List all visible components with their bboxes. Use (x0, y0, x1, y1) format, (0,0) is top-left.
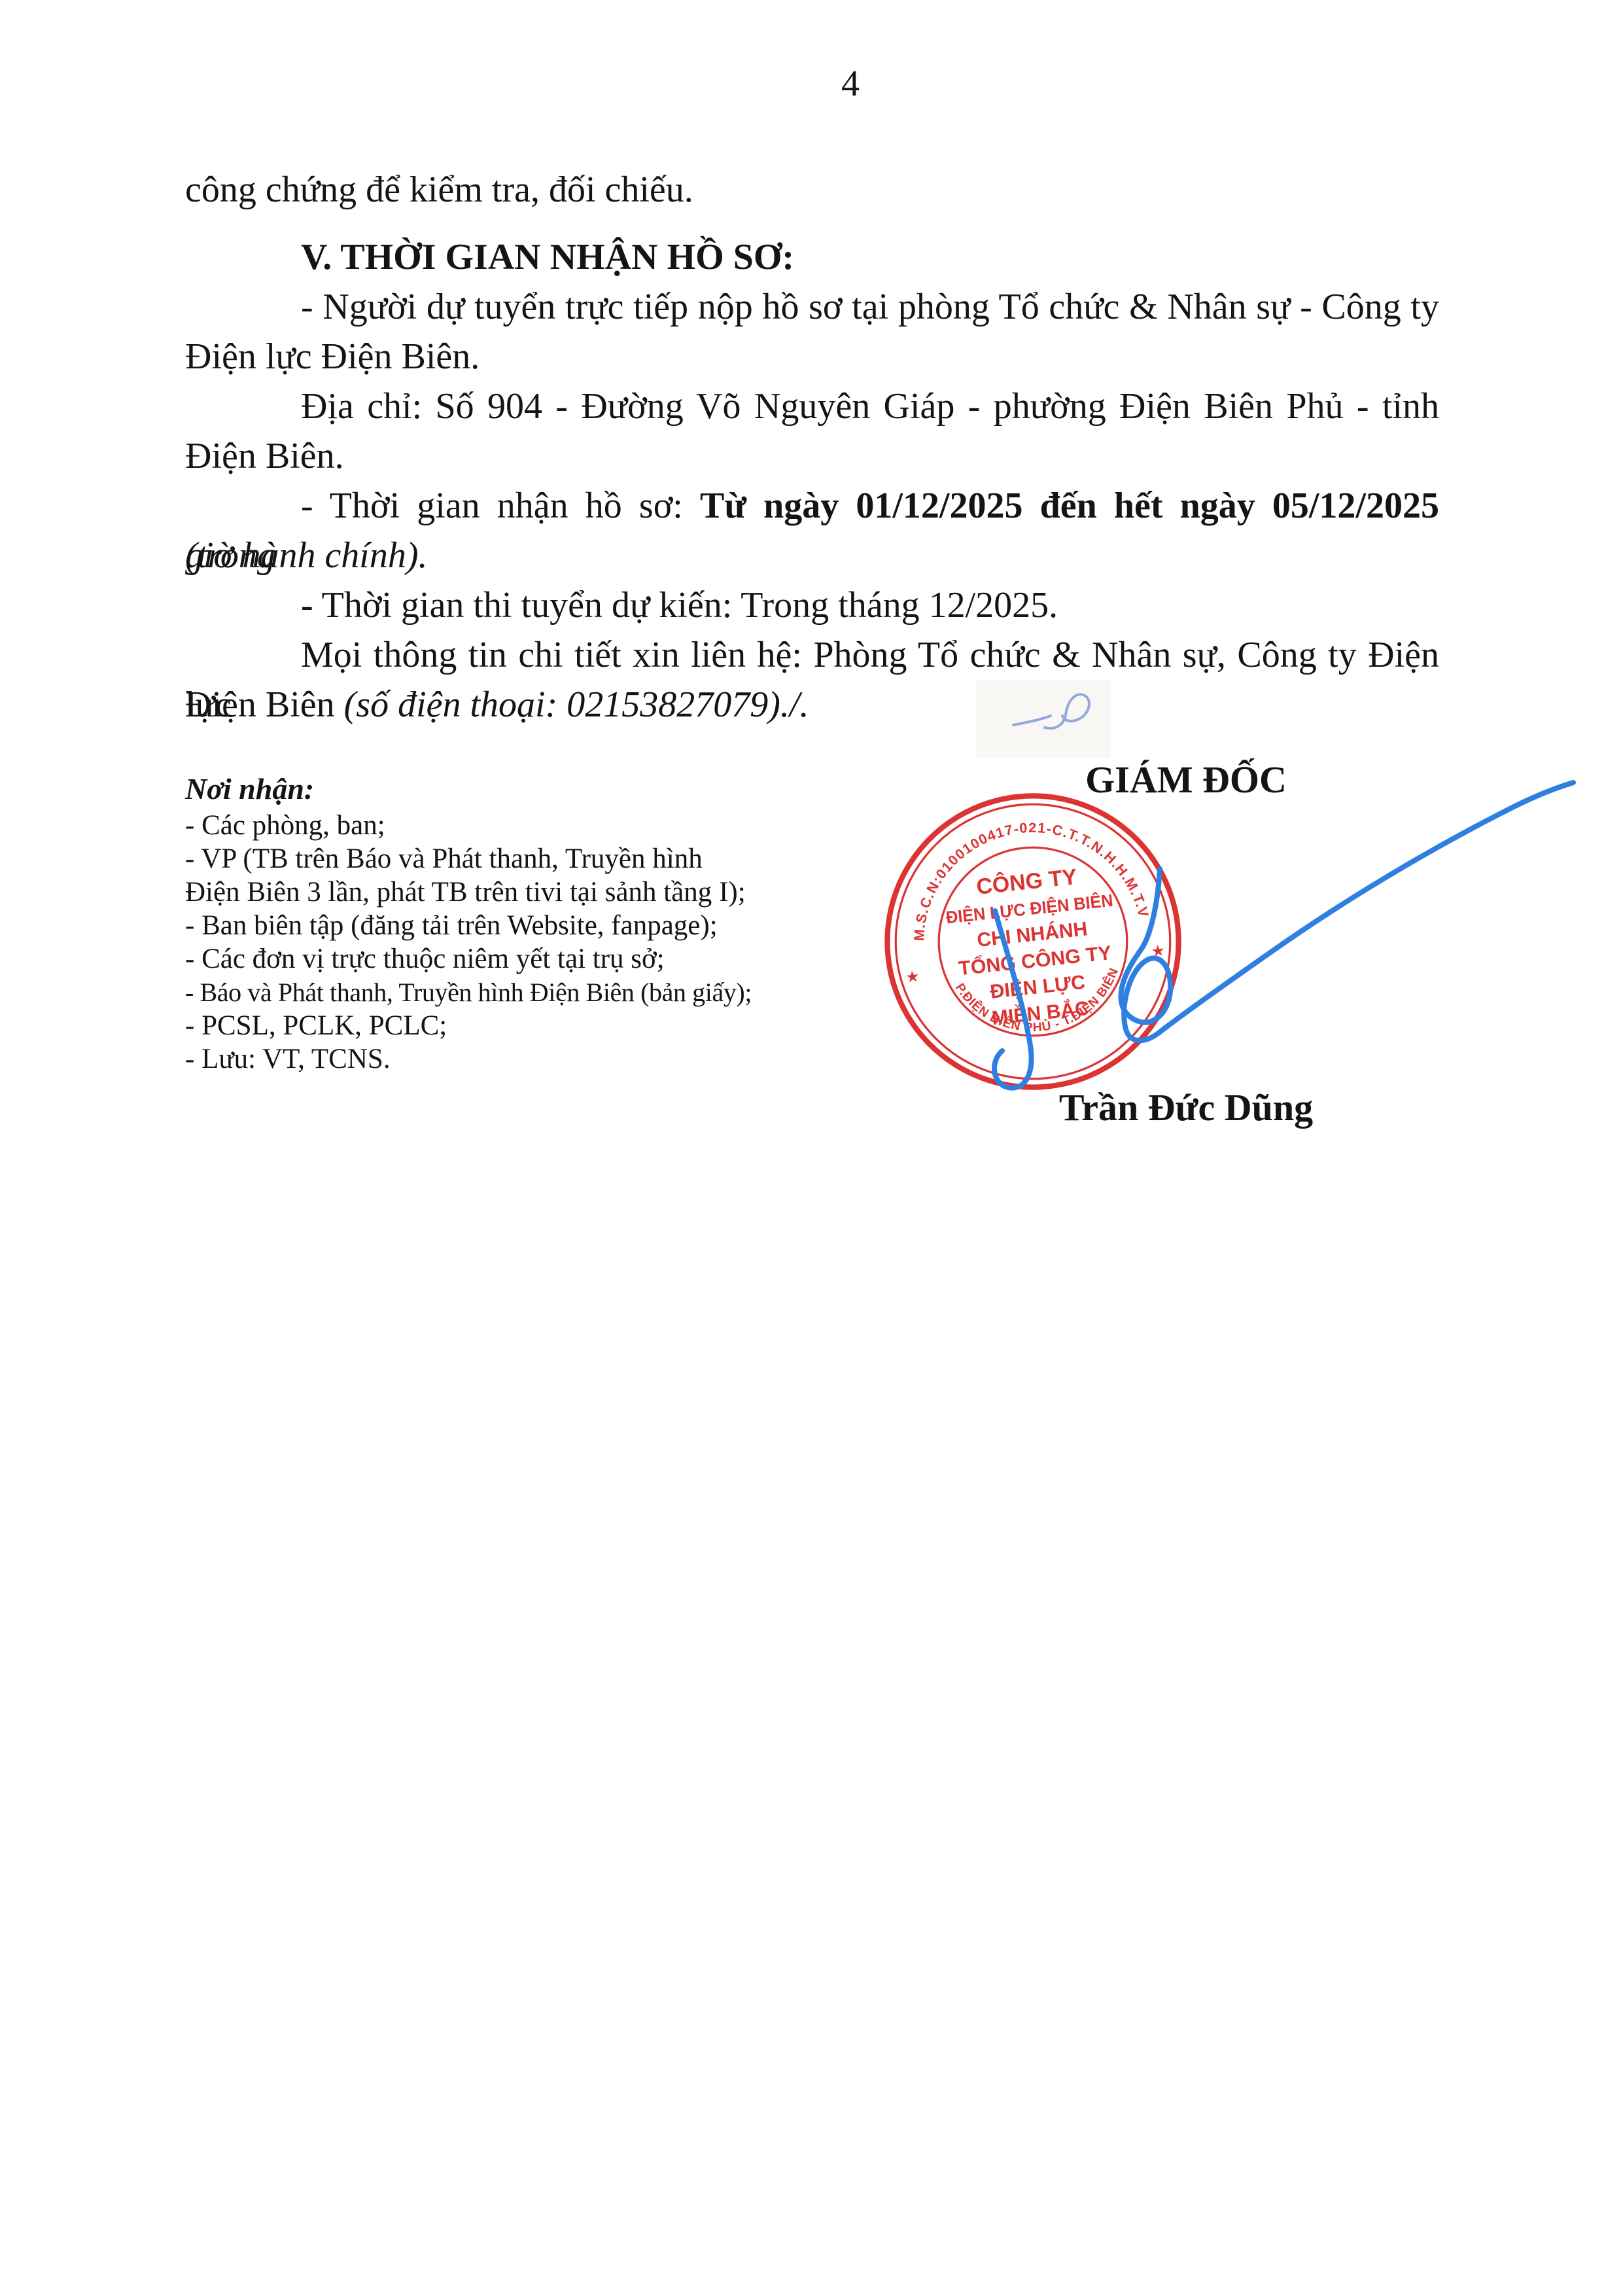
para-time-line2: giờ hành chính). (185, 531, 1439, 580)
svg-text:ĐIỆN LỰC ĐIỆN BIÊN: ĐIỆN LỰC ĐIỆN BIÊN (945, 891, 1114, 928)
stamp-star-right-icon: ★ (1150, 942, 1166, 961)
company-stamp: M.S.C.N:0100100417-021-C.T.T.N.H.H.M.T.V… (868, 777, 1197, 1106)
document-body: công chứng để kiểm tra, đối chiếu. V. TH… (185, 165, 1439, 730)
recipients-label: Nơi nhận: (185, 769, 1009, 809)
para-contact-line1: Mọi thông tin chi tiết xin liên hệ: Phòn… (185, 630, 1439, 680)
svg-text:ĐIỆN LỰC: ĐIỆN LỰC (989, 971, 1087, 1003)
para-submit-line1: - Người dự tuyển trực tiếp nộp hồ sơ tại… (185, 282, 1439, 332)
para-submit-line2: Điện lực Điện Biên. (185, 332, 1439, 381)
para-exam-line: - Thời gian thi tuyển dự kiến: Trong thá… (185, 580, 1439, 630)
para-contact-line2: Điện Biên (số điện thoại: 02153827079)./… (185, 680, 1439, 730)
para-time-line1: - Thời gian nhận hồ sơ: Từ ngày 01/12/20… (185, 481, 1439, 531)
svg-text:CÔNG TY: CÔNG TY (975, 864, 1079, 900)
stamp-star-left-icon: ★ (905, 968, 920, 987)
page-number: 4 (811, 63, 890, 105)
recipient-item: - Báo và Phát thanh, Truyền hình Điện Bi… (185, 976, 1009, 1009)
para-time-label: - Thời gian nhận hồ sơ: (301, 486, 700, 526)
signer-name: Trần Đức Dũng (1022, 1086, 1350, 1129)
scan-artifact (976, 680, 1111, 758)
body-line-intro: công chứng để kiểm tra, đối chiếu. (185, 165, 1439, 215)
para-address-line2: Điện Biên. (185, 431, 1439, 481)
para-address-line1: Địa chỉ: Số 904 - Đường Võ Nguyên Giáp -… (185, 381, 1439, 431)
document-page: 4 công chứng để kiểm tra, đối chiếu. V. … (0, 0, 1623, 2296)
recipient-item: - Lưu: VT, TCNS. (185, 1042, 1009, 1076)
contact-line2-normal: Điện Biên (185, 684, 344, 725)
recipient-item: - PCSL, PCLK, PCLC; (185, 1009, 1009, 1042)
contact-line2-phone: (số điện thoại: 02153827079)./. (344, 684, 809, 725)
para-time-dates: Từ ngày 01/12/2025 đến hết ngày 05/12/20… (700, 486, 1439, 526)
section-heading: V. THỜI GIAN NHẬN HỒ SƠ: (185, 232, 1439, 282)
